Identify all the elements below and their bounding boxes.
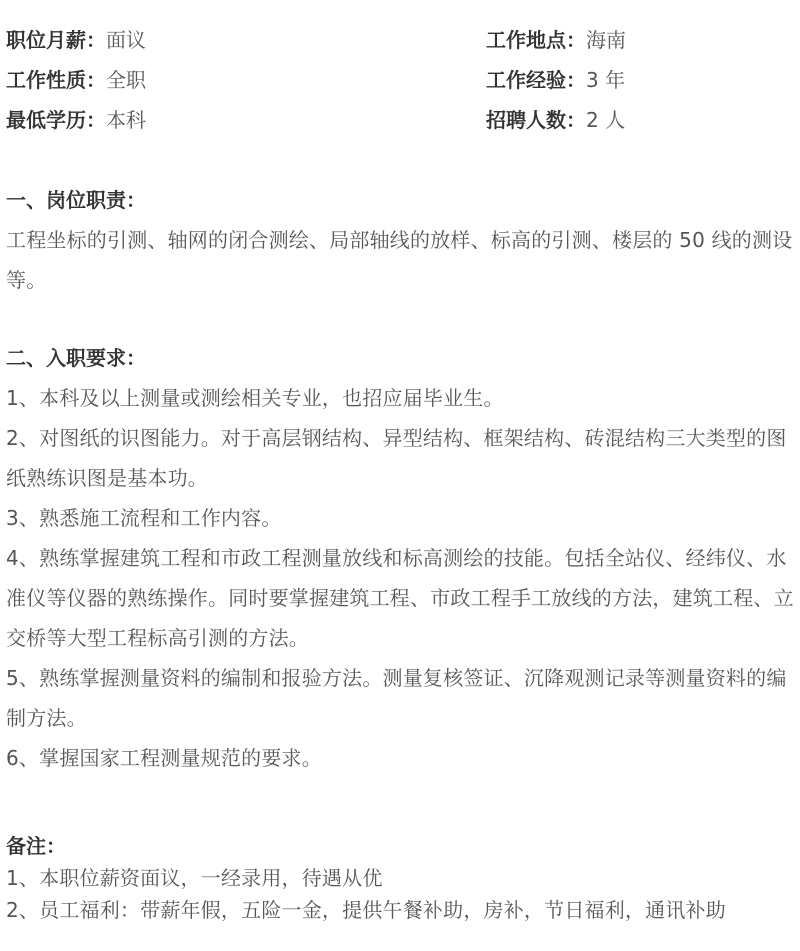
education-field: 最低学历：本科 xyxy=(6,100,146,140)
location-label: 工作地点： xyxy=(486,28,586,52)
job-info-grid: 职位月薪：面议 工作地点：海南 工作性质：全职 工作经验：3 年 最低学历：本科… xyxy=(6,20,798,140)
requirement-item: 5、熟练掌握测量资料的编制和报验方法。测量复核签证、沉降观测记录等测量资料的编制… xyxy=(6,658,798,738)
education-label: 最低学历： xyxy=(6,108,106,132)
requirement-item: 3、熟悉施工流程和工作内容。 xyxy=(6,498,798,538)
job-type-value: 全职 xyxy=(106,68,146,92)
education-value: 本科 xyxy=(106,108,146,132)
experience-label: 工作经验： xyxy=(486,68,586,92)
headcount-value: 2 人 xyxy=(586,108,625,132)
job-type-label: 工作性质： xyxy=(6,68,106,92)
location-value: 海南 xyxy=(586,28,626,52)
job-type-field: 工作性质：全职 xyxy=(6,60,146,100)
info-row: 最低学历：本科 招聘人数：2 人 xyxy=(6,100,798,140)
experience-value: 3 年 xyxy=(586,68,625,92)
requirements-section: 二、入职要求： 1、本科及以上测量或测绘相关专业，也招应届毕业生。 2、对图纸的… xyxy=(6,338,798,778)
requirement-item: 1、本科及以上测量或测绘相关专业，也招应届毕业生。 xyxy=(6,378,798,418)
salary-label: 职位月薪： xyxy=(6,28,106,52)
salary-value: 面议 xyxy=(106,28,146,52)
notes-heading: 备注： xyxy=(6,830,798,862)
notes-section: 备注： 1、本职位薪资面议，一经录用，待遇从优 2、员工福利：带薪年假，五险一金… xyxy=(6,830,798,926)
responsibilities-heading: 一、岗位职责： xyxy=(6,180,798,220)
responsibility-item: 工程坐标的引测、轴网的闭合测绘、局部轴线的放样、标高的引测、楼层的 50 线的测… xyxy=(6,220,798,300)
requirements-heading: 二、入职要求： xyxy=(6,338,798,378)
experience-field: 工作经验：3 年 xyxy=(486,60,625,100)
requirement-item: 4、熟练掌握建筑工程和市政工程测量放线和标高测绘的技能。包括全站仪、经纬仪、水准… xyxy=(6,538,798,658)
requirement-item: 2、对图纸的识图能力。对于高层钢结构、异型结构、框架结构、砖混结构三大类型的图纸… xyxy=(6,418,798,498)
responsibilities-section: 一、岗位职责： 工程坐标的引测、轴网的闭合测绘、局部轴线的放样、标高的引测、楼层… xyxy=(6,180,798,300)
requirement-item: 6、掌握国家工程测量规范的要求。 xyxy=(6,738,798,778)
note-item: 2、员工福利：带薪年假，五险一金，提供午餐补助，房补，节日福利，通讯补助 xyxy=(6,894,798,926)
info-row: 职位月薪：面议 工作地点：海南 xyxy=(6,20,798,60)
headcount-field: 招聘人数：2 人 xyxy=(486,100,625,140)
location-field: 工作地点：海南 xyxy=(486,20,626,60)
info-row: 工作性质：全职 工作经验：3 年 xyxy=(6,60,798,100)
headcount-label: 招聘人数： xyxy=(486,108,586,132)
salary-field: 职位月薪：面议 xyxy=(6,20,146,60)
note-item: 1、本职位薪资面议，一经录用，待遇从优 xyxy=(6,862,798,894)
